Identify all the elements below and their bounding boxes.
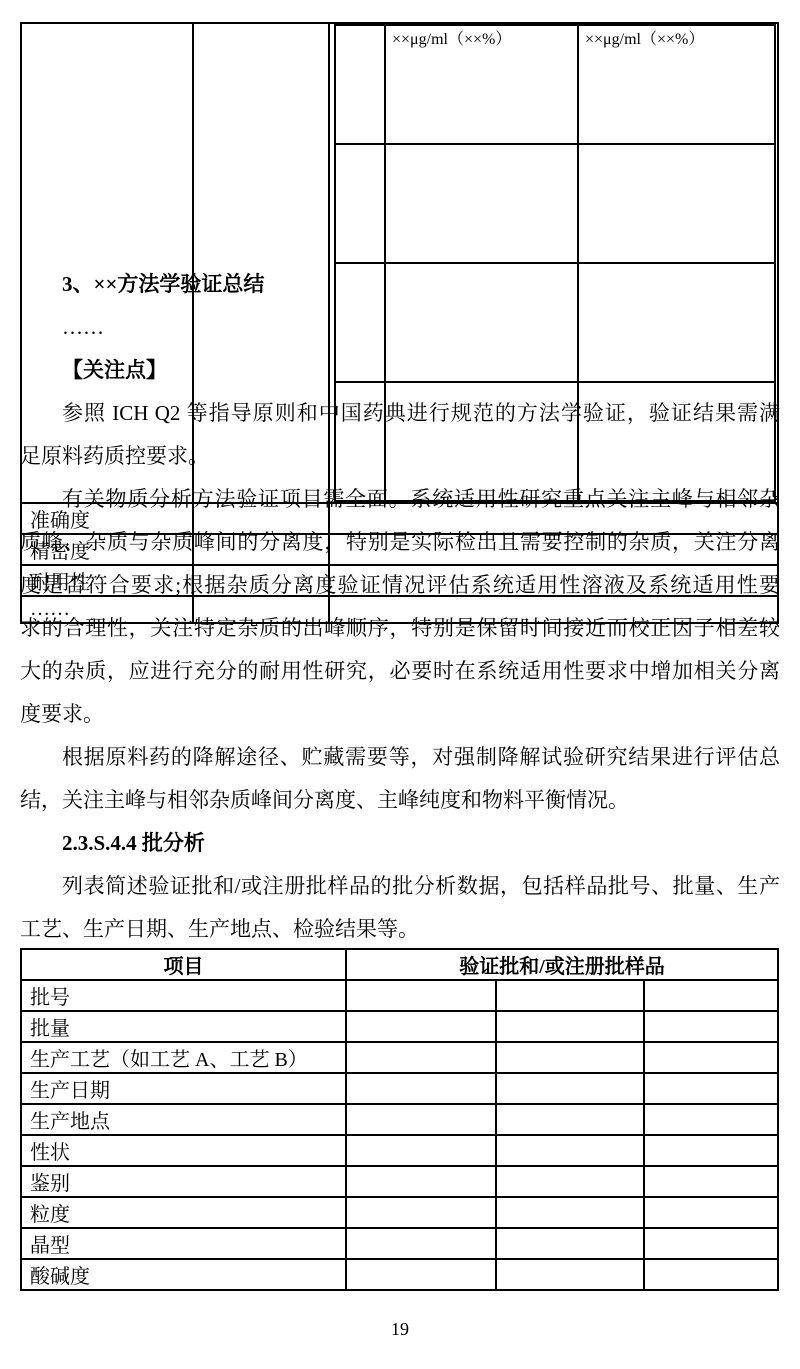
section-heading-method-summary: 3、××方法学验证总结 — [20, 263, 780, 306]
table-row: 批号 — [21, 980, 778, 1011]
row-label-production-date: 生产日期 — [21, 1073, 346, 1104]
paragraph-line: 质峰、杂质与杂质峰间的分离度，特别是实际检出且需要控制的杂质，关注分离 — [20, 521, 780, 564]
empty-cell — [644, 1259, 778, 1290]
empty-cell — [346, 980, 496, 1011]
empty-cell — [496, 1259, 644, 1290]
empty-cell — [496, 1228, 644, 1259]
empty-cell — [346, 1259, 496, 1290]
empty-cell — [346, 1073, 496, 1104]
empty-cell — [496, 980, 644, 1011]
paragraph-line: 工艺、生产日期、生产地点、检验结果等。 — [20, 908, 780, 951]
row-label-particle-size: 粒度 — [21, 1197, 346, 1228]
paragraph-line: 足原料药质控要求。 — [20, 435, 780, 478]
table-row: 生产日期 — [21, 1073, 778, 1104]
row-label-identification: 鉴别 — [21, 1166, 346, 1197]
batch-analysis-table: 项目 验证批和/或注册批样品 批号 批量 生产工艺（如工艺 A、工艺 B） 生产… — [20, 948, 779, 1291]
empty-cell — [335, 25, 385, 144]
empty-cell — [346, 1011, 496, 1042]
empty-cell — [346, 1197, 496, 1228]
paragraph-line: 根据原料药的降解途径、贮藏需要等，对强制降解试验研究结果进行评估总 — [20, 736, 780, 779]
empty-cell — [644, 1104, 778, 1135]
empty-cell — [644, 1197, 778, 1228]
table-header-row: 项目 验证批和/或注册批样品 — [21, 949, 778, 980]
empty-cell — [496, 1073, 644, 1104]
section-heading-batch-analysis: 2.3.S.4.4 批分析 — [20, 822, 780, 865]
empty-cell — [496, 1042, 644, 1073]
empty-cell — [644, 1135, 778, 1166]
empty-cell — [346, 1135, 496, 1166]
empty-cell — [346, 1228, 496, 1259]
empty-cell — [644, 1073, 778, 1104]
table-row: 生产工艺（如工艺 A、工艺 B） — [21, 1042, 778, 1073]
empty-cell — [496, 1166, 644, 1197]
empty-cell — [385, 144, 578, 263]
paragraph-line: 结，关注主峰与相邻杂质峰间分离度、主峰纯度和物料平衡情况。 — [20, 779, 780, 822]
table-row: 晶型 — [21, 1228, 778, 1259]
page-number: 19 — [0, 1319, 800, 1340]
paragraph-line: 有关物质分析方法验证项目需全面。系统适用性研究重点关注主峰与相邻杂 — [20, 478, 780, 521]
table-row: 鉴别 — [21, 1166, 778, 1197]
empty-cell — [335, 144, 385, 263]
empty-cell — [346, 1104, 496, 1135]
empty-cell — [644, 1166, 778, 1197]
empty-cell — [496, 1135, 644, 1166]
empty-cell — [346, 1166, 496, 1197]
paragraph-line: 度是否符合要求;根据杂质分离度验证情况评估系统适用性溶液及系统适用性要 — [20, 564, 780, 607]
row-label-batch-number: 批号 — [21, 980, 346, 1011]
ellipsis-line: …… — [20, 306, 780, 349]
table-row: 酸碱度 — [21, 1259, 778, 1290]
concentration-header-cell: ××μg/ml（××%） — [385, 25, 578, 144]
paragraph-line: 参照 ICH Q2 等指导原则和中国药典进行规范的方法学验证，验证结果需满 — [20, 392, 780, 435]
row-label-batch-size: 批量 — [21, 1011, 346, 1042]
empty-cell — [644, 1228, 778, 1259]
empty-cell — [644, 980, 778, 1011]
header-item: 项目 — [21, 949, 346, 980]
empty-cell — [346, 1042, 496, 1073]
empty-cell — [644, 1011, 778, 1042]
table-row: 性状 — [21, 1135, 778, 1166]
table-row: 批量 — [21, 1011, 778, 1042]
row-label-process: 生产工艺（如工艺 A、工艺 B） — [21, 1042, 346, 1073]
empty-cell — [496, 1011, 644, 1042]
empty-cell — [578, 144, 775, 263]
row-label-crystal-form: 晶型 — [21, 1228, 346, 1259]
empty-cell — [496, 1104, 644, 1135]
empty-cell — [496, 1197, 644, 1228]
row-label-production-site: 生产地点 — [21, 1104, 346, 1135]
table-row: 粒度 — [21, 1197, 778, 1228]
body-text: 3、××方法学验证总结 …… 【关注点】 参照 ICH Q2 等指导原则和中国药… — [20, 263, 780, 951]
document-page: ××μg/ml（××%） ××μg/ml（××%） — [0, 0, 800, 1369]
header-samples: 验证批和/或注册批样品 — [346, 949, 778, 980]
paragraph-line: 度要求。 — [20, 693, 780, 736]
empty-cell — [644, 1042, 778, 1073]
paragraph-line: 列表简述验证批和/或注册批样品的批分析数据，包括样品批号、批量、生产 — [20, 865, 780, 908]
row-label-appearance: 性状 — [21, 1135, 346, 1166]
concentration-header-cell: ××μg/ml（××%） — [578, 25, 775, 144]
table-row — [335, 144, 775, 263]
table-row: 生产地点 — [21, 1104, 778, 1135]
focus-points-title: 【关注点】 — [20, 349, 780, 392]
paragraph-line: 求的合理性，关注特定杂质的出峰顺序，特别是保留时间接近而校正因子相差较 — [20, 607, 780, 650]
paragraph-line: 大的杂质，应进行充分的耐用性研究，必要时在系统适用性要求中增加相关分离 — [20, 650, 780, 693]
table-row: ××μg/ml（××%） ××μg/ml（××%） — [335, 25, 775, 144]
row-label-acidity: 酸碱度 — [21, 1259, 346, 1290]
